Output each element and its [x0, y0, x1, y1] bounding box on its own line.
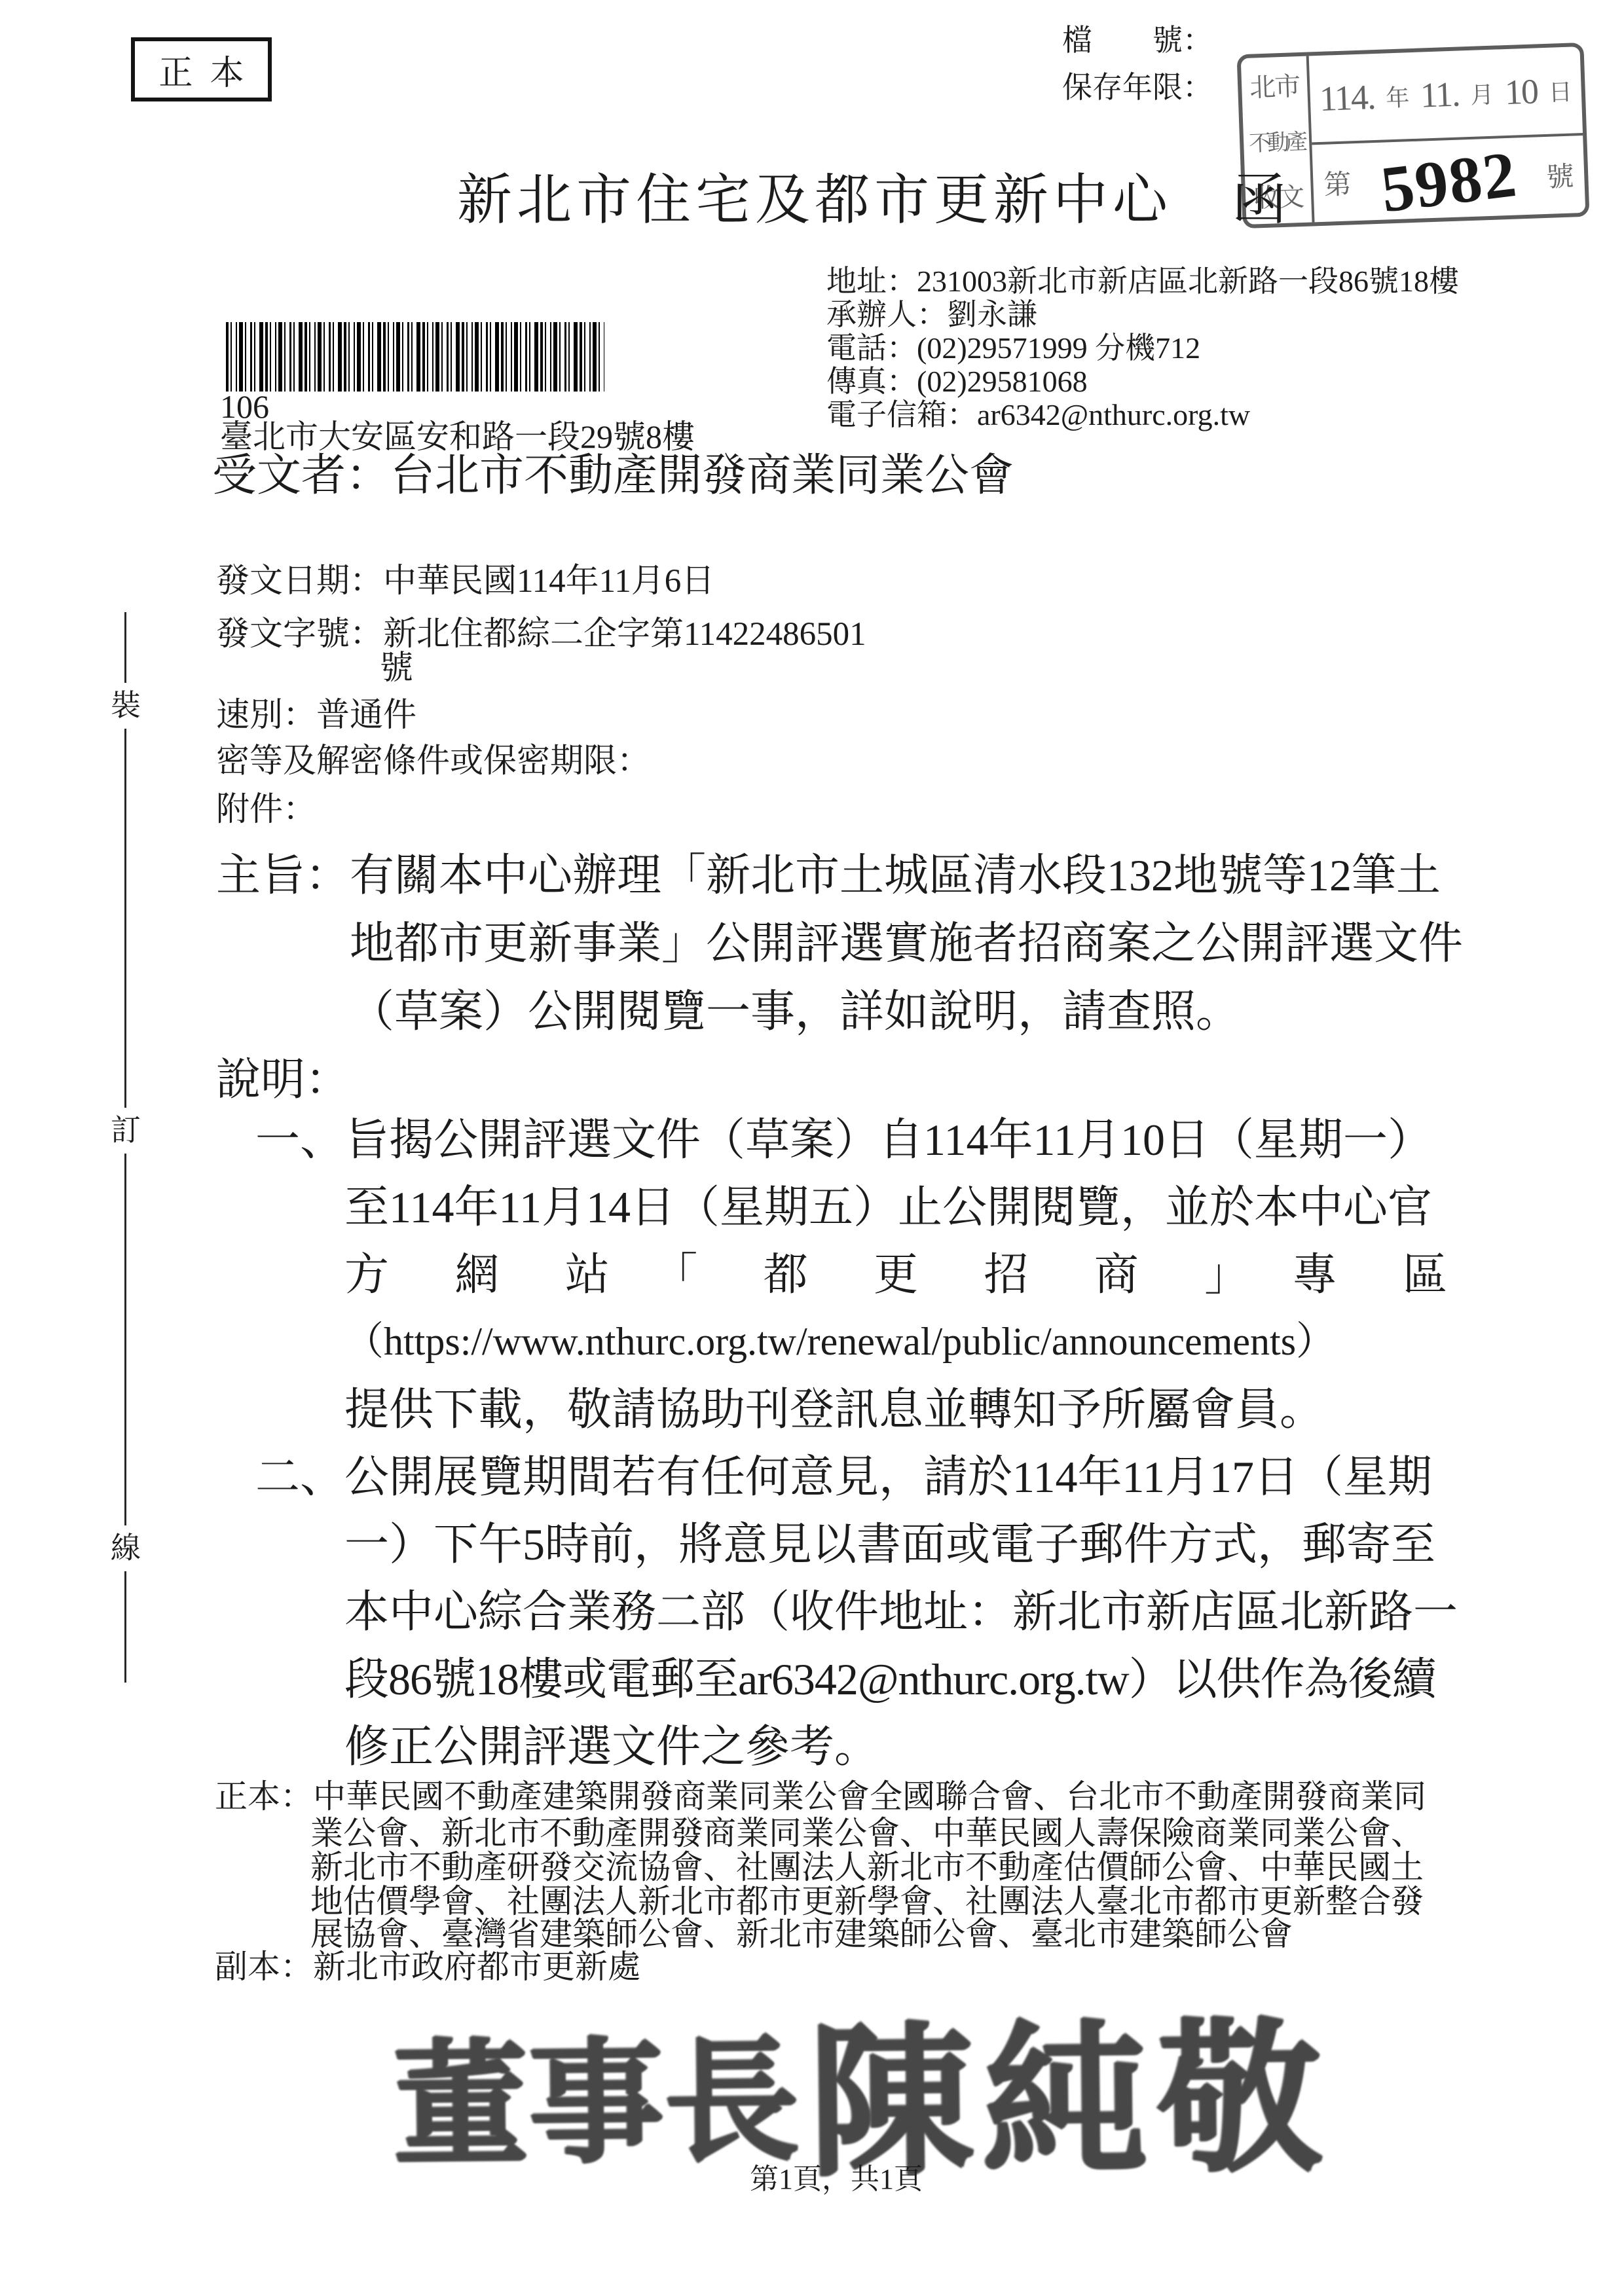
binding-mark-xian: 線 [107, 1525, 144, 1571]
stamp-date-year-unit: 年 [1385, 79, 1410, 113]
document-title: 新北市住宅及都市更新中心 函 [457, 156, 1291, 235]
stamp-date-row: 114. 年 11. 月 10 日 [1309, 46, 1583, 145]
explanation-item1-line1: 一、旨揭公開評選文件（草案）自114年11月10日（星期一） [255, 1118, 1432, 1162]
explanation-item1-line2: 至114年11月14日（星期五）止公開閱覽，並於本中心官 [344, 1185, 1432, 1230]
subject-line-3: （草案）公開閱覽一事，詳如說明，請查照。 [350, 989, 1240, 1034]
stamp-date-day: 10 [1504, 71, 1538, 113]
stamp-number-suffix: 號 [1545, 155, 1574, 195]
doc-number-line: 發文字號：新北住都綜二企字第11422486501 [216, 618, 866, 651]
original-copies-line-2: 業公會、新北市不動產開發商業同業公會、中華民國人壽保險商業同業公會、 [310, 1817, 1424, 1850]
original-copies-line-3: 新北市不動產研發交流協會、社團法人新北市不動產估價師公會、中華民國土 [310, 1851, 1424, 1884]
recipient-address: 臺北市大安區安和路一段29號8樓 [220, 420, 695, 453]
original-copies-line-1: 正本：中華民國不動產建築開發商業同業公會全國聯合會、台北市不動產開發商業同 [215, 1780, 1426, 1813]
retention-period-label: 保存年限： [1062, 64, 1213, 111]
doc-number-wrap: 號 [380, 652, 413, 685]
page-footer: 第1頁，共1頁 [750, 2155, 923, 2197]
subject-line-2: 地都市更新事業」公開評選實施者招商案之公開評選文件 [350, 921, 1463, 966]
binding-mark-zhuang: 裝 [107, 683, 144, 729]
explanation-item2-line2: 一）下午5時前，將意見以書面或電子郵件方式，郵寄至 [344, 1522, 1435, 1567]
stamp-date-month-unit: 月 [1469, 76, 1494, 110]
speed-line: 速別：普通件 [216, 699, 416, 733]
explanation-item1-line5: 提供下載，敬請協助刊登訊息並轉知予所屬會員。 [344, 1387, 1324, 1432]
sender-address: 地址：231003新北市新店區北新路一段86號18樓 [826, 264, 1459, 298]
explanation-item1-line4: （https://www.nthurc.org.tw/renewal/publi… [344, 1322, 1335, 1361]
stamp-number-row: 第 5982 號 [1312, 136, 1585, 222]
issue-date-line: 發文日期：中華民國114年11月6日 [216, 565, 714, 598]
stamp-date-day-unit: 日 [1548, 73, 1573, 107]
barcode [226, 322, 604, 392]
sender-info-block: 地址：231003新北市新店區北新路一段86號18樓 承辦人：劉永謙 電話：(0… [826, 264, 1459, 431]
attachment-line: 附件： [216, 793, 316, 827]
stamp-handwritten-number: 5982 [1377, 136, 1521, 227]
explanation-item1-line3: 方 網 站 「 都 更 招 商 」 專 區 [344, 1252, 1447, 1297]
recipient-line: 受文者：台北市不動產開發商業同業公會 [212, 453, 1014, 498]
explanation-heading: 說明： [216, 1057, 350, 1102]
signature-title: 董事長 [392, 1993, 800, 2190]
stamp-date-year: 114. [1319, 77, 1376, 119]
file-number-label: 檔 號： [1062, 17, 1213, 64]
explanation-item2-line5: 修正公開評選文件之參考。 [344, 1724, 879, 1769]
subject-line-1: 主旨：有關本中心辦理「新北市土城區清水段132地號等12筆土 [216, 853, 1441, 898]
explanation-item2-line4: 段86號18樓或電郵至ar6342@nthurc.org.tw）以供作為後續 [344, 1657, 1436, 1702]
explanation-item2-line1: 二、公開展覽期間若有任何意見，請於114年11月17日（星期 [255, 1455, 1432, 1499]
original-copies-line-5: 展協會、臺灣省建築師公會、新北市建築師公會、臺北市建築師公會 [310, 1918, 1293, 1950]
document-page: 正本 檔 號： 保存年限： 北市 不動產 收文 114. 年 11. 月 10 … [0, 0, 1624, 2296]
original-copies-line-4: 地估價學會、社團法人新北市都市更新學會、社團法人臺北市都市更新整合發 [310, 1885, 1424, 1918]
stamp-number-prefix: 第 [1323, 162, 1352, 202]
copy-type-badge: 正本 [131, 37, 272, 101]
security-line: 密等及解密條件或保密期限： [216, 745, 650, 778]
stamp-region-label: 北市 [1241, 56, 1308, 114]
sender-email: 電子信箱：ar6342@nthurc.org.tw [826, 398, 1459, 431]
binding-mark-ding: 訂 [107, 1108, 144, 1154]
file-number-block: 檔 號： 保存年限： [1062, 17, 1213, 111]
stamp-date-month: 11. [1420, 74, 1460, 116]
sender-fax: 傳真：(02)29581068 [826, 365, 1459, 398]
sender-contact: 承辦人：劉永謙 [826, 298, 1459, 331]
receipt-stamp-right-column: 114. 年 11. 月 10 日 第 5982 號 [1309, 46, 1586, 222]
explanation-item2-line3: 本中心綜合業務二部（收件地址：新北市新店區北新路一 [344, 1590, 1458, 1634]
sender-phone: 電話：(02)29571999 分機712 [826, 331, 1459, 365]
